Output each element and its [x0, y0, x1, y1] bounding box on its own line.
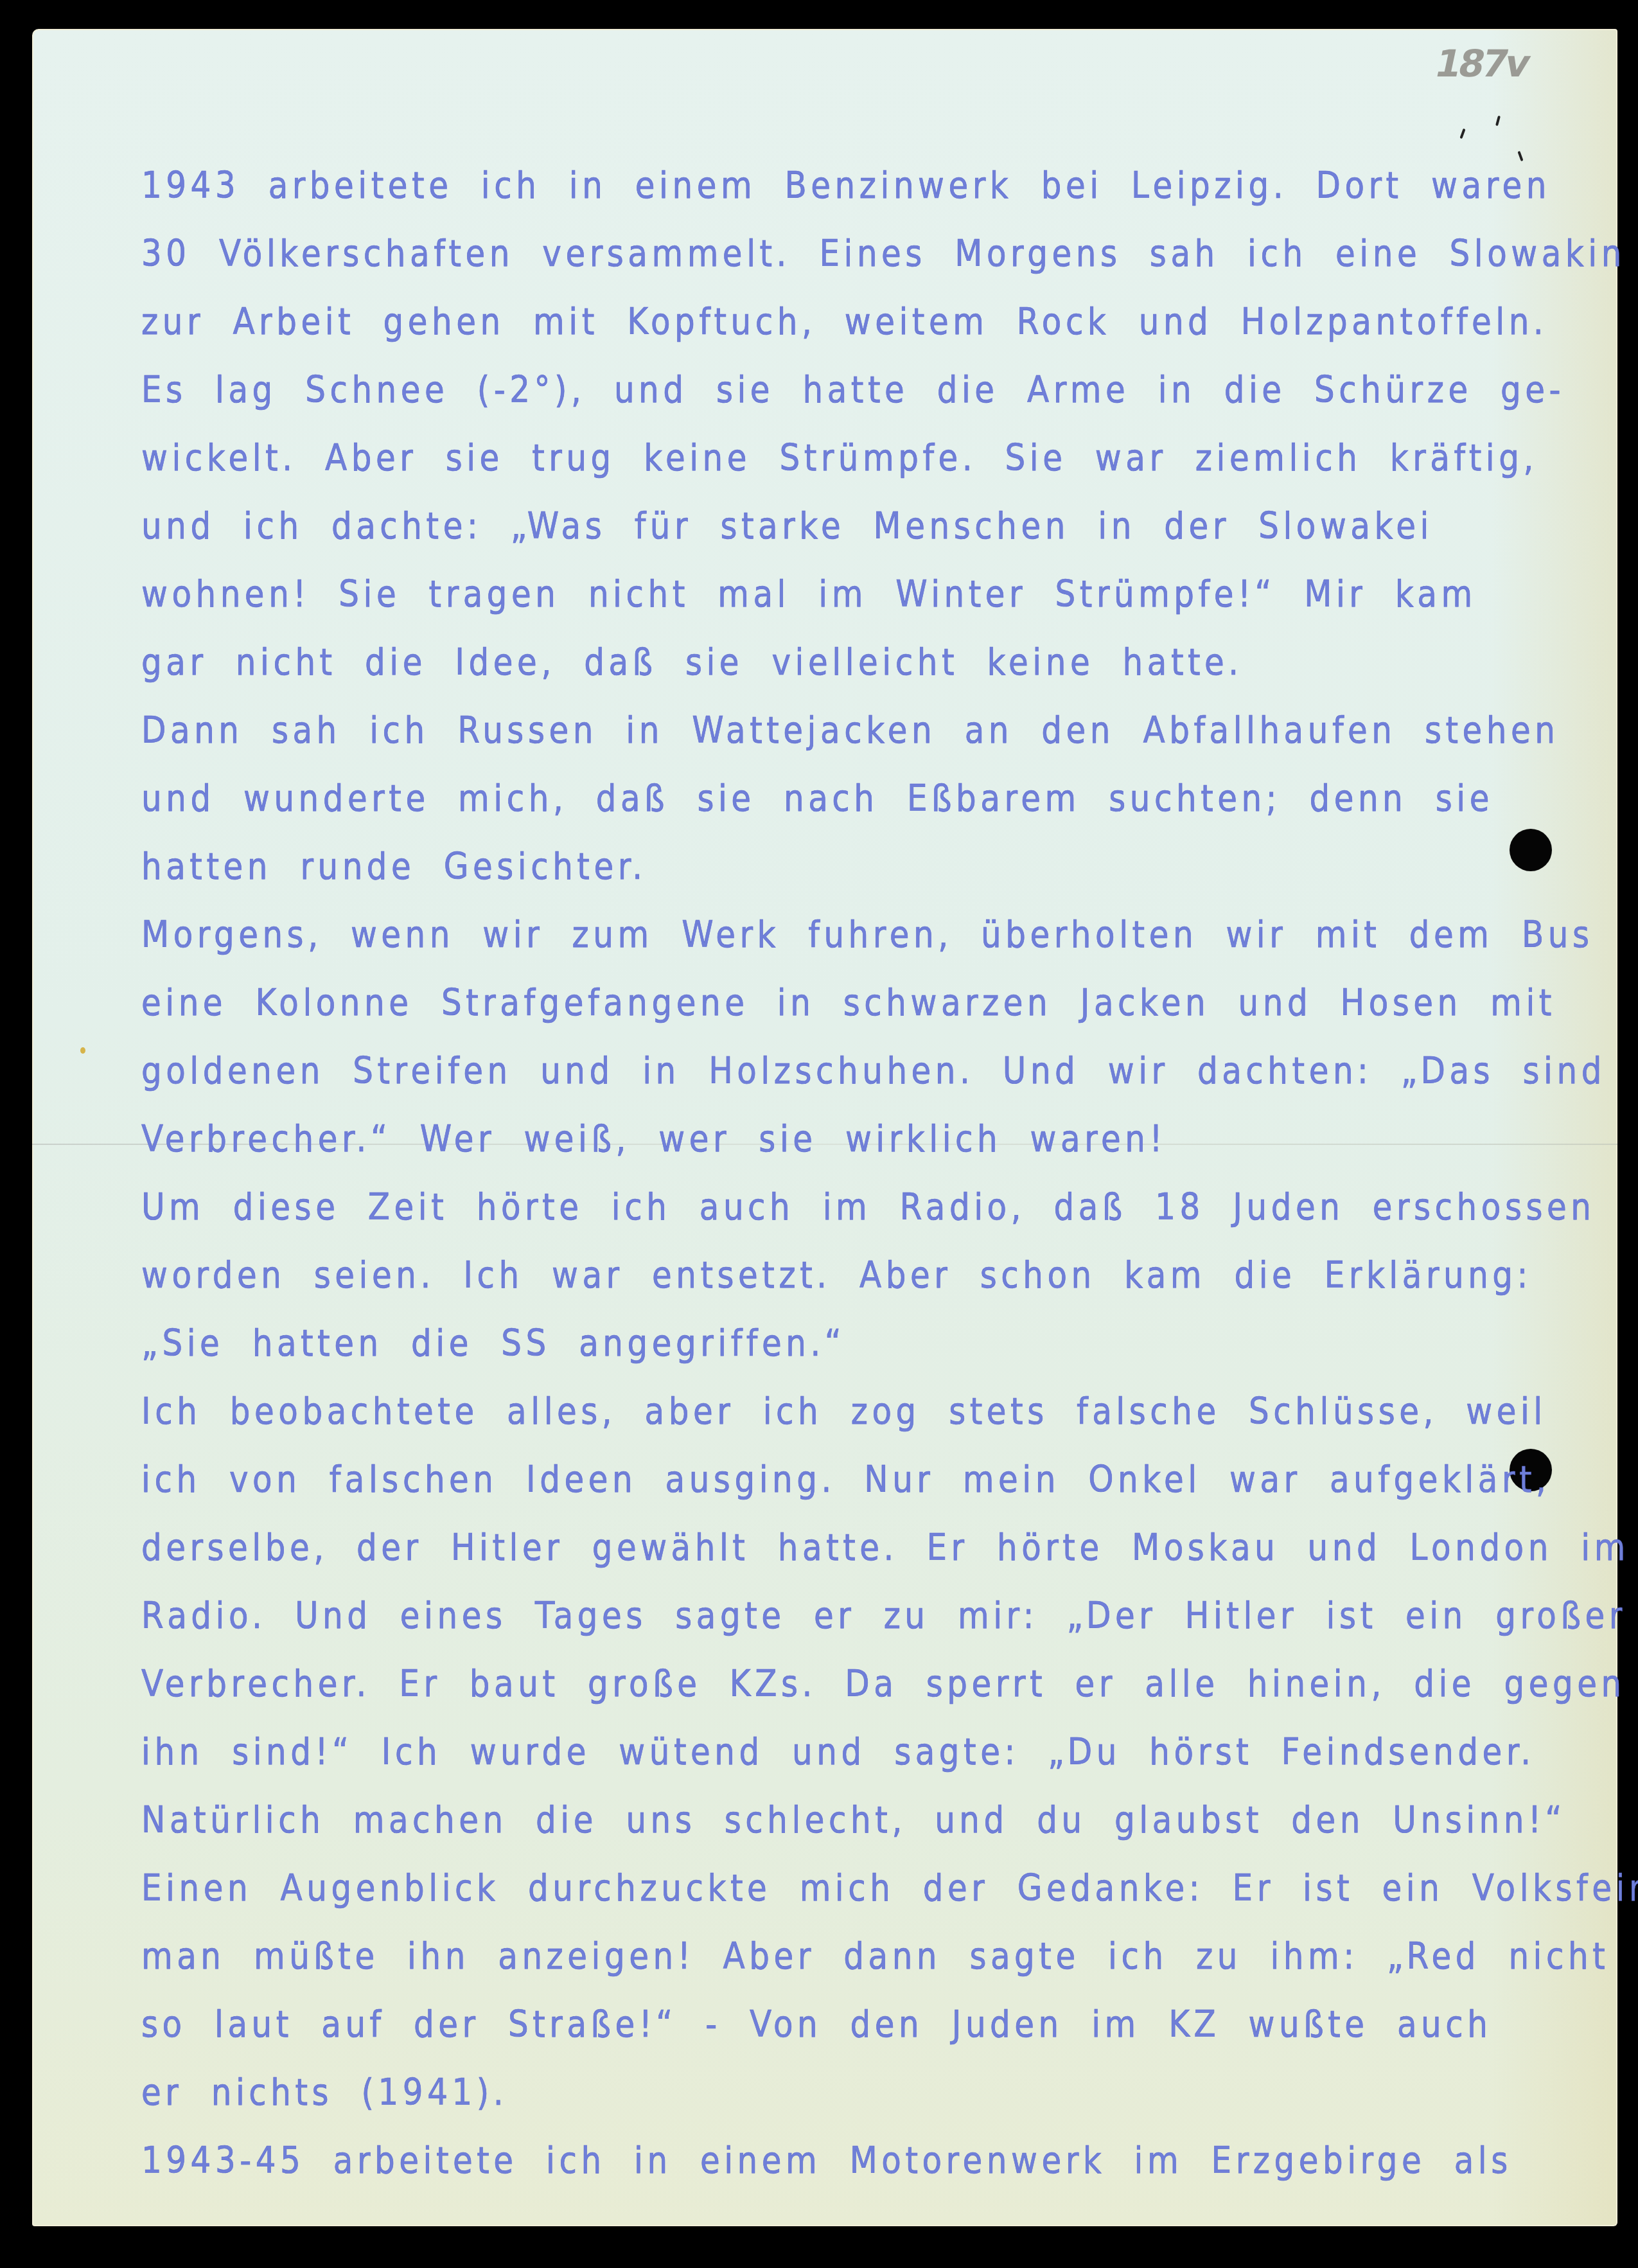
text-line: zur Arbeit gehen mit Kopftuch, weitem Ro…: [141, 282, 1593, 360]
text-line: ich von falschen Ideen ausging. Nur mein…: [141, 1440, 1593, 1518]
text-line: Radio. Und eines Tages sagte er zu mir: …: [141, 1576, 1593, 1654]
text-line: Dann sah ich Russen in Wattejacken an de…: [141, 691, 1593, 769]
text-line: gar nicht die Idee, daß sie vielleicht k…: [141, 623, 1593, 701]
text-line: derselbe, der Hitler gewählt hatte. Er h…: [141, 1508, 1593, 1586]
text-line: 30 Völkerschaften versammelt. Eines Morg…: [141, 214, 1593, 292]
text-line: „Sie hatten die SS angegriffen.“: [141, 1304, 1593, 1382]
text-line: 1943-45 arbeitete ich in einem Motorenwe…: [141, 2121, 1593, 2199]
ink-speck: [1459, 128, 1465, 139]
ink-speck: [1495, 116, 1501, 126]
text-line: goldenen Streifen und in Holzschuhen. Un…: [141, 1031, 1593, 1110]
text-line: Verbrecher. Er baut große KZs. Da sperrt…: [141, 1644, 1593, 1723]
text-line: man müßte ihn anzeigen! Aber dann sagte …: [141, 1917, 1593, 1995]
text-line: Verbrecher.“ Wer weiß, wer sie wirklich …: [141, 1099, 1593, 1178]
text-line: Um diese Zeit hörte ich auch im Radio, d…: [141, 1167, 1593, 1246]
text-line: ihn sind!“ Ich wurde wütend und sagte: „…: [141, 1712, 1593, 1791]
text-line: und wunderte mich, daß sie nach Eßbarem …: [141, 759, 1593, 837]
text-line: Natürlich machen die uns schlecht, und d…: [141, 1780, 1593, 1859]
text-line: wohnen! Sie tragen nicht mal im Winter S…: [141, 554, 1593, 633]
text-line: und ich dachte: „Was für starke Menschen…: [141, 486, 1593, 565]
text-line: eine Kolonne Strafgefangene in schwarzen…: [141, 963, 1593, 1041]
paper-stain: [80, 1047, 85, 1054]
text-line: 1943 arbeitete ich in einem Benzinwerk b…: [141, 146, 1593, 224]
page-number: 187v: [1431, 42, 1532, 85]
text-line: hatten runde Gesichter.: [141, 827, 1593, 905]
text-line: Morgens, wenn wir zum Werk fuhren, überh…: [141, 895, 1593, 973]
text-line: Einen Augenblick durchzuckte mich der Ge…: [141, 1848, 1593, 1927]
handwritten-text: 1943 arbeitete ich in einem Benzinwerk b…: [141, 151, 1593, 2194]
text-line: Ich beobachtete alles, aber ich zog stet…: [141, 1372, 1593, 1450]
text-line: er nichts (1941).: [141, 2053, 1593, 2131]
text-line: so laut auf der Straße!“ - Von den Juden…: [141, 1985, 1593, 2063]
text-line: wickelt. Aber sie trug keine Strümpfe. S…: [141, 418, 1593, 497]
text-line: worden seien. Ich war entsetzt. Aber sch…: [141, 1236, 1593, 1314]
document-page: 187v 1943 arbeitete ich in einem Benzinw…: [32, 29, 1617, 2226]
text-line: Es lag Schnee (-2°), und sie hatte die A…: [141, 350, 1593, 429]
